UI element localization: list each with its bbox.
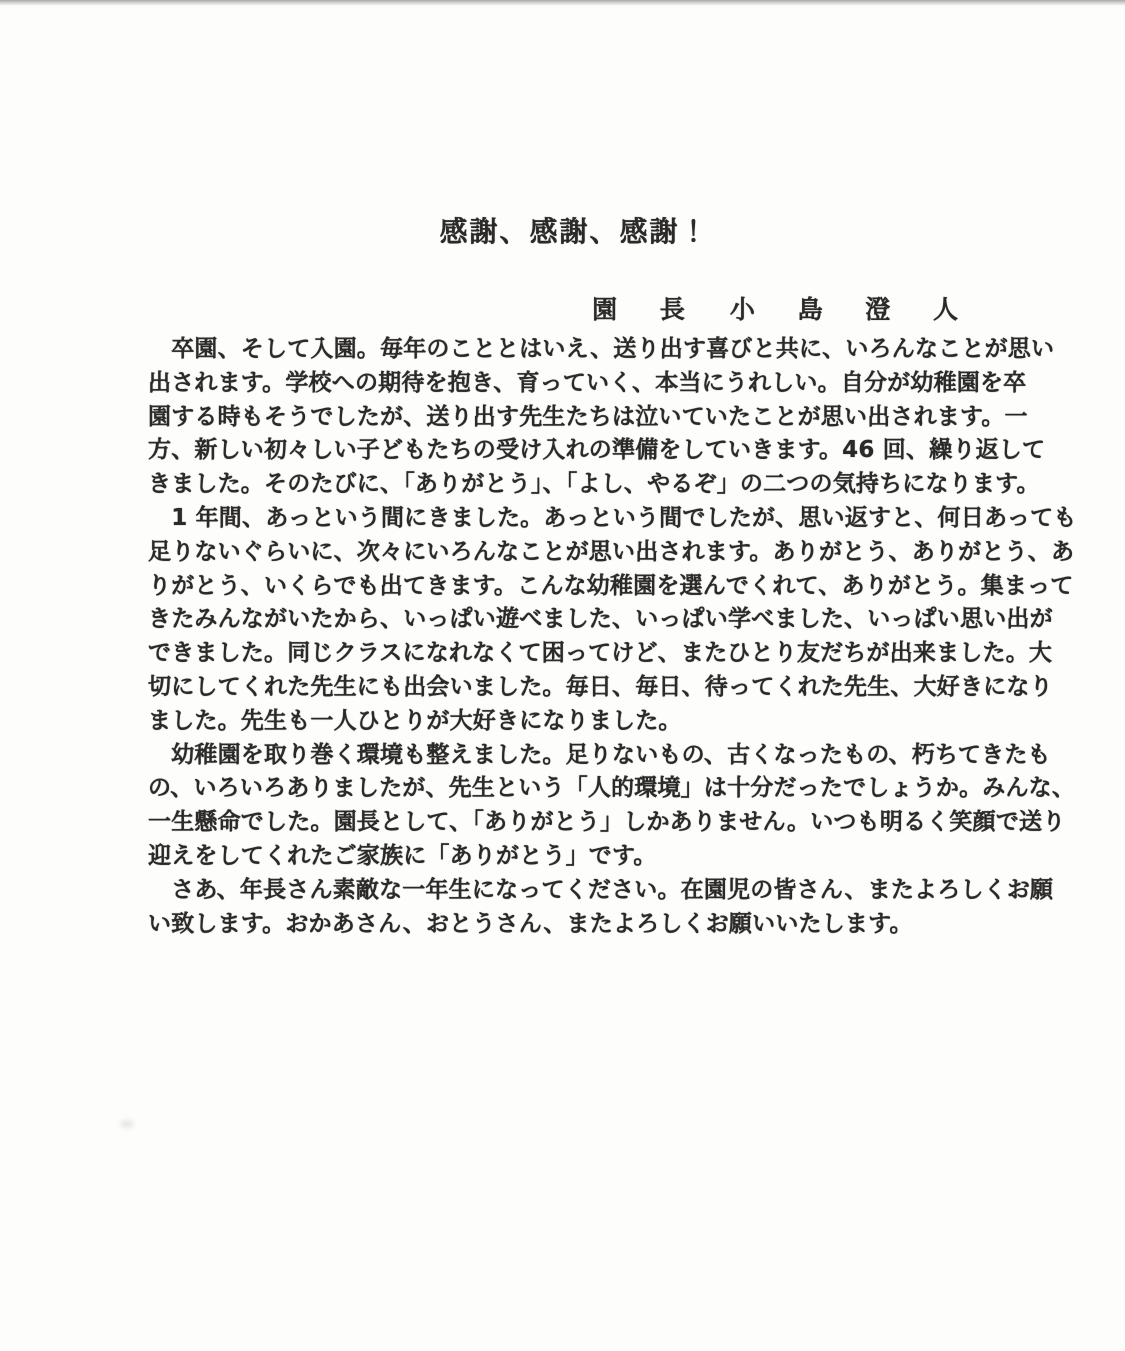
body-line: 卒園、そして入園。毎年のこととはいえ、送り出す喜びと共に、いろんなことが思い [148,333,1008,367]
byline-role: 園 長 [592,295,702,324]
body-line: 園する時もそうでしたが、送り出す先生たちは泣いていたことが思い出されます。一 [148,401,1008,435]
scan-smudge [120,1120,134,1128]
body-line: できました。同じクラスになれなくて困ってけど、またひとり友だちが出来ました。大 [148,637,1008,671]
body-line: さあ、年長さん素敵な一年生になってください。在園児の皆さん、またよろしくお願 [148,874,1008,908]
scanned-letter-page: 感謝、感謝、感謝！ 園 長小 島 澄 人 卒園、そして入園。毎年のこととはいえ、… [0,0,1125,1351]
body-line: 切にしてくれた先生にも出会いました。毎日、毎日、待ってくれた先生、大好きになり [148,671,1008,705]
body-line: 幼稚園を取り巻く環境も整えました。足りないもの、古くなったもの、朽ちてきたも [148,739,1008,773]
scan-edge-artifact [0,0,1125,6]
body-line: 迎えをしてくれたご家族に「ありがとう」です。 [148,840,1008,874]
body-line: りがとう、いくらでも出てきます。こんな幼稚園を選んでくれて、ありがとう。集まって [148,570,1008,604]
letter-body: 卒園、そして入園。毎年のこととはいえ、送り出す喜びと共に、いろんなことが思い 出… [148,333,1008,941]
letter-title: 感謝、感謝、感謝！ [12,210,1125,250]
byline-name: 小 島 澄 人 [730,295,975,324]
body-line: きたみんながいたから、いっぱい遊べました、いっぱい学べました、いっぱい思い出が [148,603,1008,637]
body-line: 出されます。学校への期待を抱き、育っていく、本当にうれしい。自分が幼稚園を卒 [148,367,1008,401]
body-line: ました。先生も一人ひとりが大好きになりました。 [148,705,1008,739]
body-line: の、いろいろありましたが、先生という「人的環境」は十分だったでしょうか。みんな、 [148,772,1008,806]
body-line: 足りないぐらいに、次々にいろんなことが思い出されます。ありがとう、ありがとう、あ [148,536,1008,570]
body-line: 一生懸命でした。園長として、「ありがとう」しかありません。いつも明るく笑顔で送り [148,806,1008,840]
body-line: 方、新しい初々しい子どもたちの受け入れの準備をしていきます。46 回、繰り返して [148,434,1008,468]
body-line: 1 年間、あっという間にきました。あっという間でしたが、思い返すと、何日あっても [148,502,1008,536]
body-line: きました。そのたびに、「ありがとう」、「よし、やるぞ」の二つの気持ちになります。 [148,468,1008,502]
body-line: い致します。おかあさん、おとうさん、またよろしくお願いいたします。 [148,908,1008,942]
